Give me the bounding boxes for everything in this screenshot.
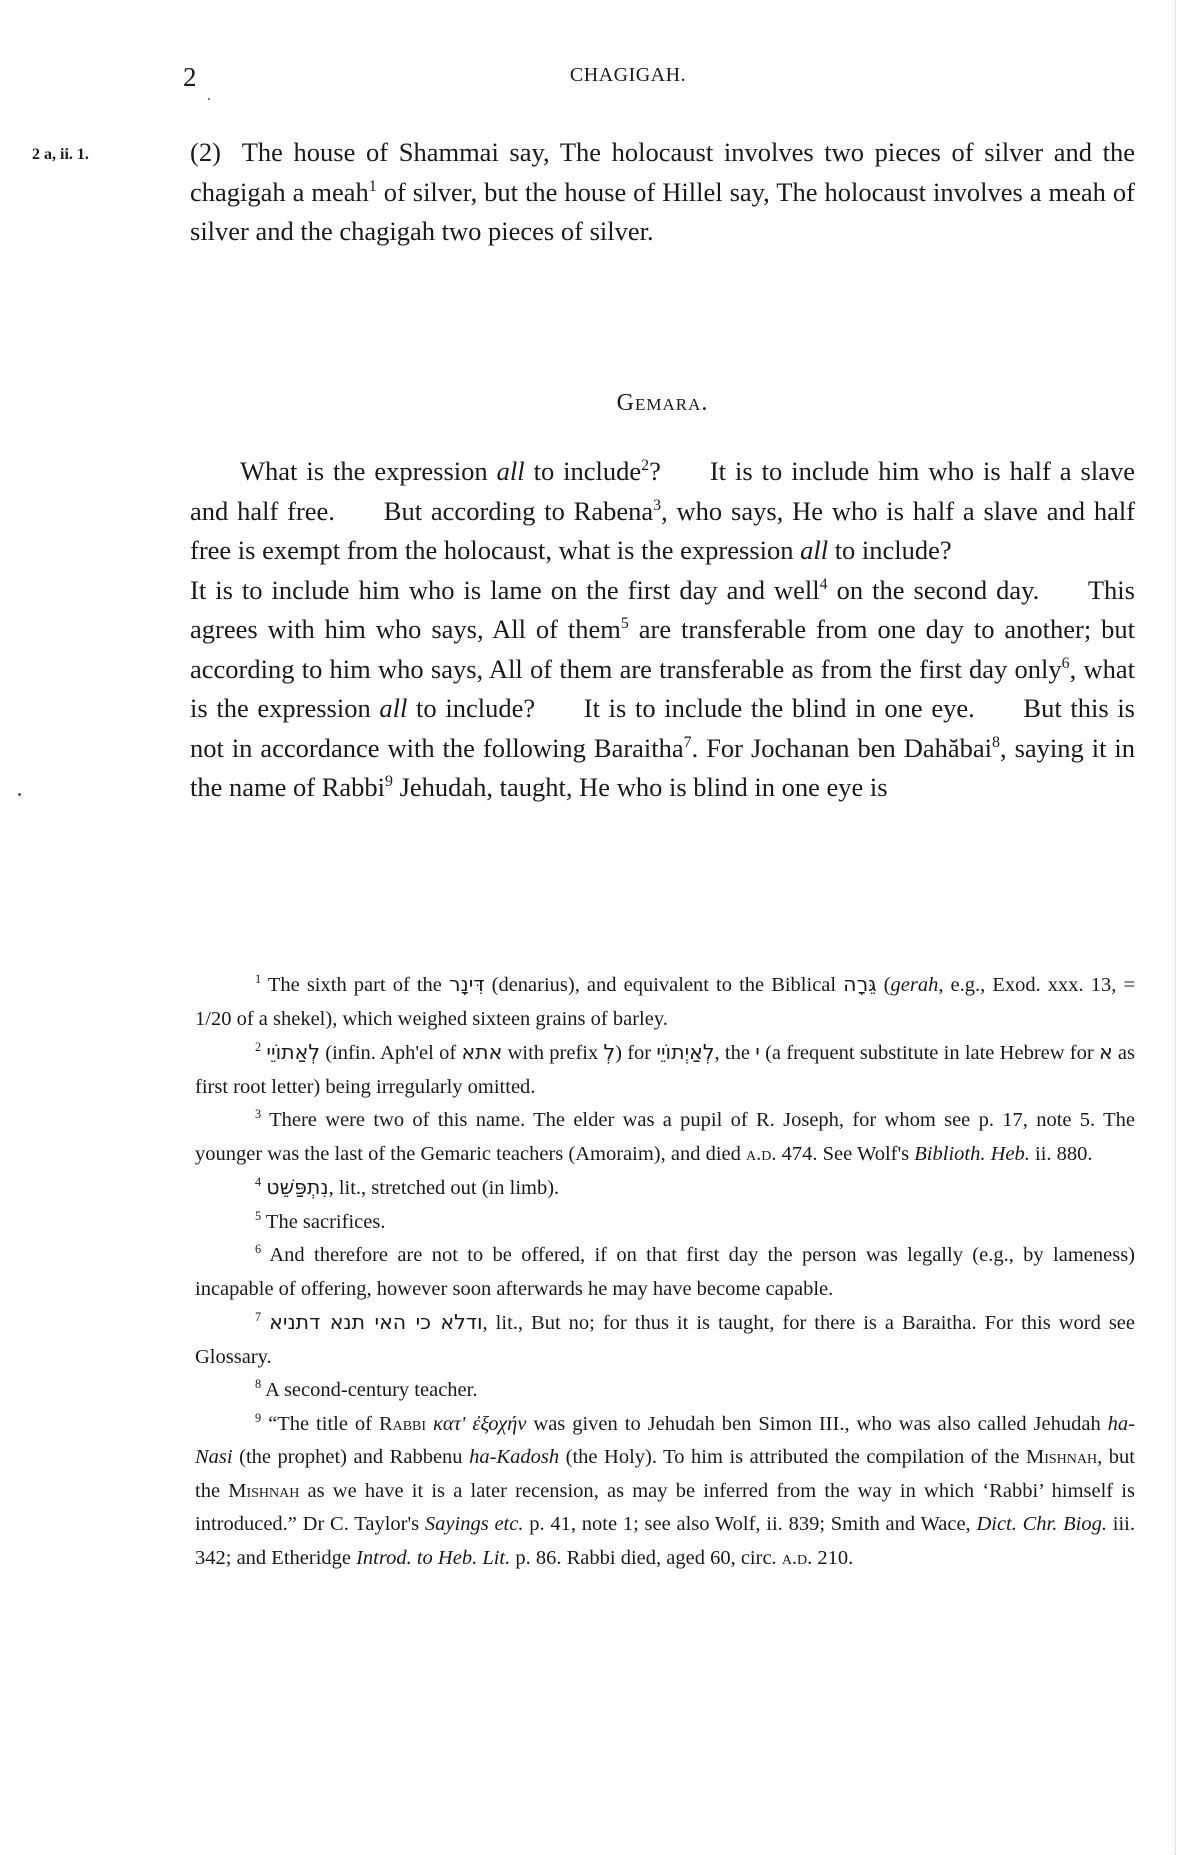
emphasis: gerah [891,974,939,996]
text: with prefix [502,1042,603,1064]
footnote-6: 6 And therefore are not to be offered, i… [195,1239,1135,1306]
page-edge [1174,0,1176,1855]
text: And therefore are not to be offered, if … [195,1244,1135,1300]
gemara-paragraph: What is the expression all to include2? … [190,452,1135,571]
text: to include [525,456,642,486]
footnote-4: 4 נִתְפַּשֵּׁט, lit., stretched out (in … [195,1171,1135,1206]
footnote-9: 9 “The title of Rabbi κατ' ἐξοχήν was gi… [195,1408,1135,1576]
hebrew-text: לְאַיְתוֹיֵי [656,1040,714,1064]
footnote-ref[interactable]: 5 [621,615,629,632]
text: A second-century teacher. [265,1379,477,1401]
footnote-ref[interactable]: 8 [992,734,1000,751]
text: ( [877,974,891,996]
footnote-ref[interactable]: 2 [641,457,649,474]
footnote-number: 5 [255,1209,261,1223]
footnote-ref[interactable]: 6 [1062,655,1070,672]
footnote-3: 3 There were two of this name. The elder… [195,1104,1135,1171]
text: (denarius), and equivalent to the Biblic… [485,974,844,996]
footnotes: 1 The sixth part of the דִּינָר (denariu… [195,968,1135,1575]
running-title: CHAGIGAH. [0,64,1196,87]
text: p. 86. Rabbi died, aged 60, circ. [510,1547,782,1569]
footnote-number: 7 [255,1310,261,1324]
mishnah-paragraph: (2) The house of Shammai say, The holoca… [190,133,1135,252]
hebrew-text: נִתְפַּשֵּׁט [266,1175,328,1199]
text: “The title of [268,1413,379,1435]
emphasis: all [379,693,407,723]
text: (infin. Aph'el of [320,1042,461,1064]
text: on the second day. [828,575,1040,605]
small-caps: Rabbi [379,1413,426,1435]
footnote-number: 3 [255,1107,261,1121]
text: to include? [828,535,952,565]
text: But according to Rabena [384,496,653,526]
text: to include? [407,693,535,723]
footnote-7: 7 ודלא כי האי תנא דתניא, lit., But no; f… [195,1306,1135,1374]
hebrew-text: גֵּרָה [843,972,876,996]
text: (the Holy). To him is attributed the com… [559,1446,1026,1468]
mishnah-number: (2) [190,137,221,167]
text: The sixth part of the [268,974,449,996]
footnote-8: 8 A second-century teacher. [195,1374,1135,1408]
footnote-ref[interactable]: 3 [653,497,661,514]
text: ? [649,456,661,486]
text: Jehudah, taught, He who is blind in one … [393,772,888,802]
footnote-number: 8 [255,1377,261,1391]
scan-speck [208,98,210,100]
footnote-ref[interactable]: 4 [820,576,828,593]
text: 474. See Wolf's [777,1143,915,1165]
footnote-2: 2 לְאַתוֹיֵי (infin. Aph'el of אתא with … [195,1036,1135,1104]
text: ii. 880. [1030,1143,1093,1165]
hebrew-text: ודלא כי האי תנא דתניא [269,1310,482,1334]
footnote-ref[interactable]: 1 [369,178,377,195]
gemara-body: What is the expression all to include2? … [190,452,1135,808]
footnote-number: 6 [255,1242,261,1256]
text: was given to Jehudah ben Simon III., who… [526,1413,1107,1435]
scan-speck [18,793,21,796]
text: . For Jochanan ben Dahăbai [692,733,992,763]
text: , the [715,1042,756,1064]
text: It is to include the blind in one eye. [584,693,975,723]
greek-text: κατ' ἐξοχήν [433,1413,526,1435]
book-title: Sayings etc. [425,1513,524,1535]
emphasis: all [497,456,525,486]
text: (a frequent substitute in late Hebrew fo… [760,1042,1099,1064]
text [426,1413,433,1435]
small-caps: Mishnah [1026,1446,1097,1468]
text: What is the expression [240,456,497,486]
footnote-5: 5 The sacrifices. [195,1206,1135,1240]
footnote-number: 4 [255,1175,261,1189]
book-title: Biblioth. Heb. [914,1143,1030,1165]
footnote-ref[interactable]: 9 [385,773,393,790]
text: p. 41, note 1; see also Wolf, ii. 839; S… [523,1513,976,1535]
era-abbr: a.d. [746,1143,776,1165]
footnote-number: 2 [255,1040,261,1054]
section-heading: Gemara. [190,390,1135,417]
hebrew-text: דִּינָר [449,972,485,996]
book-title: Introd. to Heb. Lit. [356,1547,510,1569]
hebrew-text: א [1099,1040,1113,1064]
footnote-number: 9 [255,1411,261,1425]
hebrew-text: לְאַתוֹיֵי [266,1040,320,1064]
text: (the prophet) and Rabbenu [233,1446,469,1468]
text: 210. [812,1547,853,1569]
emphasis: all [800,535,828,565]
margin-reference: 2 a, ii. 1. [32,146,89,164]
text: , lit., stretched out (in limb). [329,1177,560,1199]
era-abbr: a.d. [782,1547,812,1569]
hebrew-text: לְ [603,1040,615,1064]
small-caps: Mishnah [228,1480,299,1502]
text: The sacrifices. [266,1211,386,1233]
footnote-number: 1 [255,972,261,986]
footnote-ref[interactable]: 7 [684,734,692,751]
footnote-1: 1 The sixth part of the דִּינָר (denariu… [195,968,1135,1036]
gemara-paragraph: It is to include him who is lame on the … [190,571,1135,808]
text: It is to include him who is lame on the … [190,575,820,605]
book-title: Dict. Chr. Biog. [976,1513,1107,1535]
hebrew-text: אתא [461,1040,502,1064]
text: ) for [615,1042,656,1064]
emphasis: ha-Kadosh [469,1446,559,1468]
